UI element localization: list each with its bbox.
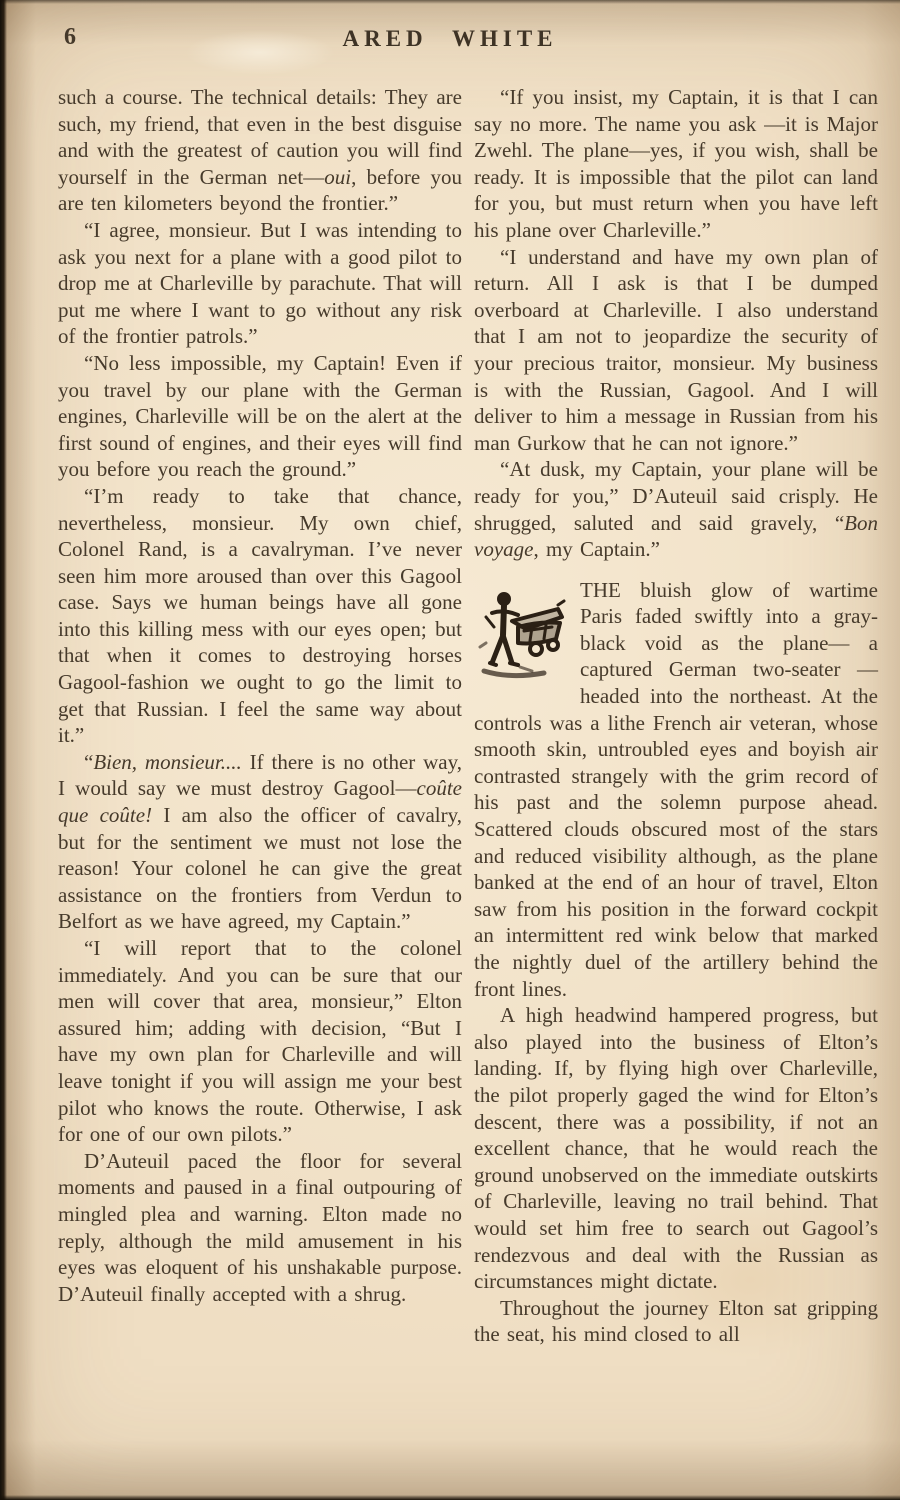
paragraph: A high headwind hampered progress, but a… — [474, 1002, 878, 1295]
text-segment: D’Auteuil paced the floor for several mo… — [58, 1149, 462, 1306]
text-segment: “I’m ready to take that chance, neverthe… — [58, 484, 462, 747]
text-segment: “ — [84, 750, 93, 774]
text-segment: “At dusk, my Captain, your plane will be… — [474, 457, 878, 534]
paragraph: Throughout the journey Elton sat grippin… — [474, 1295, 878, 1348]
text-segment: A high headwind hampered progress, but a… — [474, 1003, 878, 1293]
paragraph: such a course. The technical details: Th… — [58, 84, 462, 217]
paragraph: “I will report that to the colonel immed… — [58, 935, 462, 1148]
paragraph: “Bien, monsieur.... If there is no other… — [58, 749, 462, 935]
italic-text-segment: oui — [324, 165, 351, 189]
paragraph: “I’m ready to take that chance, neverthe… — [58, 483, 462, 749]
running-header: 6 ARED WHITE — [0, 0, 900, 60]
paragraph: THE bluish glow of wartime Paris faded s… — [474, 577, 878, 1003]
text-segment: Throughout the journey Elton sat grippin… — [474, 1296, 878, 1347]
text-segment: “If you insist, my Captain, it is that I… — [474, 85, 878, 242]
paragraph: “At dusk, my Captain, your plane will be… — [474, 456, 878, 562]
book-page: 6 ARED WHITE such a course. The technica… — [0, 0, 900, 1500]
paragraph: “I agree, monsieur. But I was intending … — [58, 217, 462, 350]
left-column: such a course. The technical details: Th… — [58, 84, 462, 1348]
text-segment: “I understand and have my own plan of re… — [474, 245, 878, 455]
text-segment: “No less impossible, my Captain! Even if… — [58, 351, 462, 481]
italic-text-segment: Bien, monsieur.... — [93, 750, 241, 774]
soldier-biplane-sketch-icon — [474, 583, 566, 683]
paragraph: “I understand and have my own plan of re… — [474, 244, 878, 457]
text-segment: “I will report that to the colonel immed… — [58, 936, 462, 1146]
page-bottom-edge-shadow — [0, 1495, 900, 1500]
paragraph: “If you insist, my Captain, it is that I… — [474, 84, 878, 244]
text-segment: “I agree, monsieur. But I was intending … — [58, 218, 462, 348]
running-title: ARED WHITE — [0, 26, 900, 52]
right-column: “If you insist, my Captain, it is that I… — [474, 84, 878, 1348]
page-top-edge-shadow — [0, 0, 900, 4]
page-left-edge-shadow — [0, 0, 7, 1500]
paragraph: “No less impossible, my Captain! Even if… — [58, 350, 462, 483]
text-segment: , my Captain.” — [533, 537, 659, 561]
paragraph: D’Auteuil paced the floor for several mo… — [58, 1148, 462, 1308]
text-body: such a course. The technical details: Th… — [0, 60, 900, 1348]
